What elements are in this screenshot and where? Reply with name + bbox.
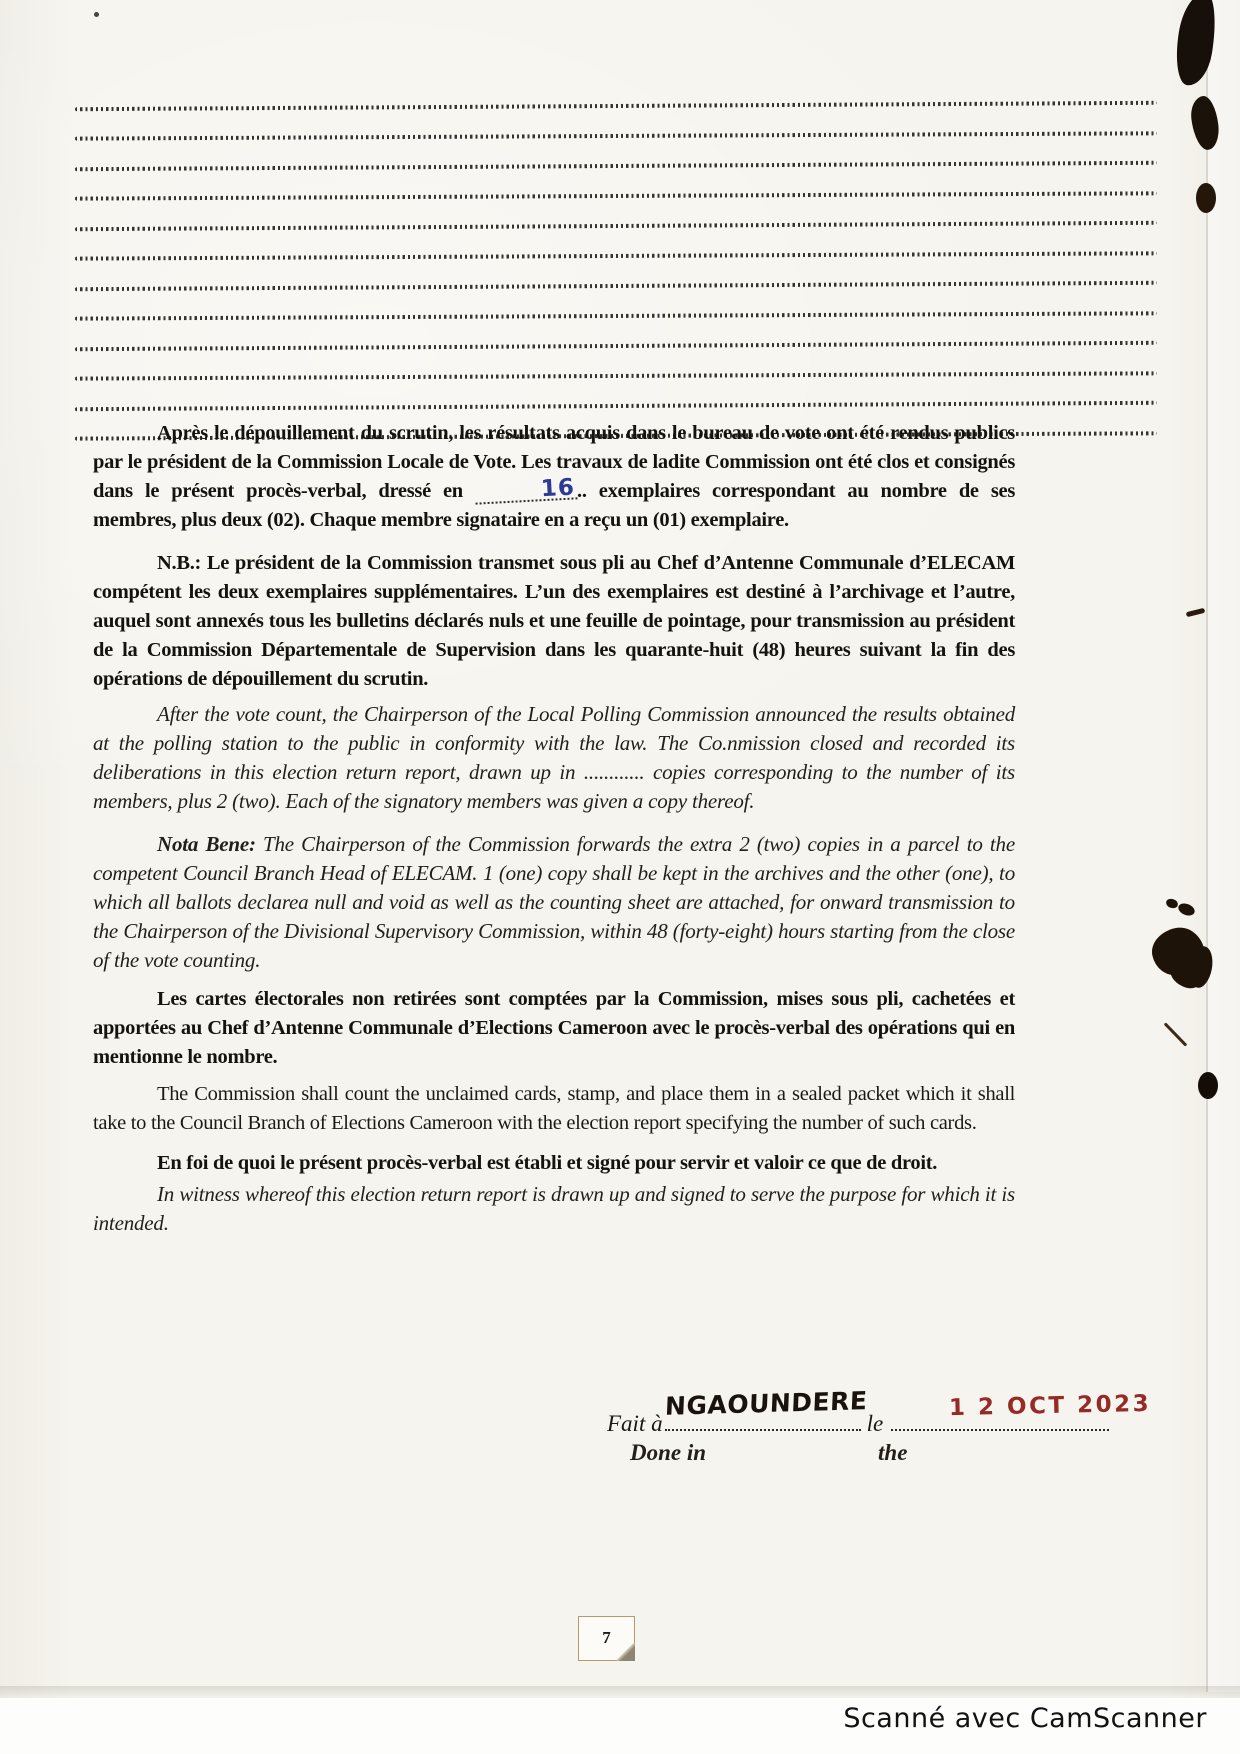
- ruled-line: [75, 401, 1157, 411]
- place-date-row: Fait à NGAOUNDERE le 1 2 OCT 2023: [555, 1405, 1155, 1437]
- ink-dot: [1177, 901, 1197, 918]
- paragraph-fr-nb: N.B.: Le président de la Commission tran…: [93, 549, 1015, 694]
- en-witness-text: In witness whereof this election return …: [93, 1182, 1015, 1235]
- paragraph-en-cards: The Commission shall count the unclaimed…: [93, 1080, 1015, 1138]
- handwritten-copy-count: 16: [475, 477, 578, 504]
- ruled-line: [75, 251, 1157, 260]
- en-cards-text: The Commission shall count the unclaimed…: [93, 1083, 1015, 1134]
- camscanner-credit: Scanné avec CamScanner: [843, 1703, 1207, 1734]
- paragraph-fr-results: Après le dépouillement du scrutin, les r…: [93, 419, 1015, 535]
- nb-text: Le président de la Commission transmet s…: [93, 552, 1015, 690]
- date-dotted-blank: 1 2 OCT 2023: [891, 1405, 1109, 1431]
- fait-a-label: Fait à: [555, 1411, 663, 1437]
- ink-mark: [1186, 608, 1206, 617]
- nb-label: N.B.:: [157, 552, 201, 574]
- paragraph-fr-witness: En foi de quoi le présent procès-verbal …: [93, 1149, 1015, 1178]
- ruled-line: [75, 221, 1157, 231]
- ruled-line: [75, 131, 1157, 140]
- paragraph-en-results: After the vote count, the Chairperson of…: [93, 700, 1015, 816]
- ink-blot: [1196, 183, 1216, 213]
- ink-blot: [1198, 1072, 1218, 1099]
- ink-dot: [94, 12, 99, 17]
- scanned-document-page: Après le dépouillement du scrutin, les r…: [0, 0, 1240, 1754]
- scan-edge-strip: [1208, 0, 1240, 1692]
- ruled-line: [75, 341, 1157, 351]
- page-corner-fold-icon: [617, 1643, 635, 1661]
- fr-cards-text: Les cartes électorales non retirées sont…: [93, 988, 1015, 1068]
- ruled-line: [75, 311, 1157, 320]
- scan-edge-line: [1206, 0, 1208, 1692]
- document-body: Après le dépouillement du scrutin, les r…: [93, 419, 1015, 1238]
- the-label: the: [878, 1440, 907, 1466]
- handwritten-place: NGAOUNDERE: [664, 1386, 868, 1421]
- fr-witness-text: En foi de quoi le présent procès-verbal …: [157, 1152, 937, 1174]
- nota-bene-label: Nota Bene:: [157, 832, 256, 856]
- ruled-line: [75, 161, 1157, 171]
- ruled-line: [75, 101, 1157, 111]
- ruled-line: [75, 371, 1157, 380]
- signature-block: Fait à NGAOUNDERE le 1 2 OCT 2023 Done i…: [555, 1405, 1155, 1466]
- pen-stroke: [1164, 1022, 1188, 1046]
- le-label: le: [867, 1411, 884, 1437]
- ruled-line: [75, 281, 1157, 291]
- date-stamp: 1 2 OCT 2023: [949, 1391, 1152, 1421]
- place-dotted-blank: NGAOUNDERE: [665, 1405, 861, 1431]
- done-in-label: Done in: [630, 1440, 706, 1466]
- paragraph-fr-cards: Les cartes électorales non retirées sont…: [93, 985, 1015, 1072]
- ruled-lines: [75, 104, 1157, 464]
- translation-row: Done in the: [555, 1440, 1155, 1466]
- paragraph-en-witness: In witness whereof this election return …: [93, 1180, 1015, 1238]
- paragraph-en-nota-bene: Nota Bene: The Chairperson of the Commis…: [93, 830, 1015, 975]
- en-results-text: After the vote count, the Chairperson of…: [93, 702, 1015, 813]
- ink-dot: [1165, 897, 1179, 909]
- page-number-box: 7: [578, 1616, 635, 1661]
- ruled-line: [75, 191, 1157, 200]
